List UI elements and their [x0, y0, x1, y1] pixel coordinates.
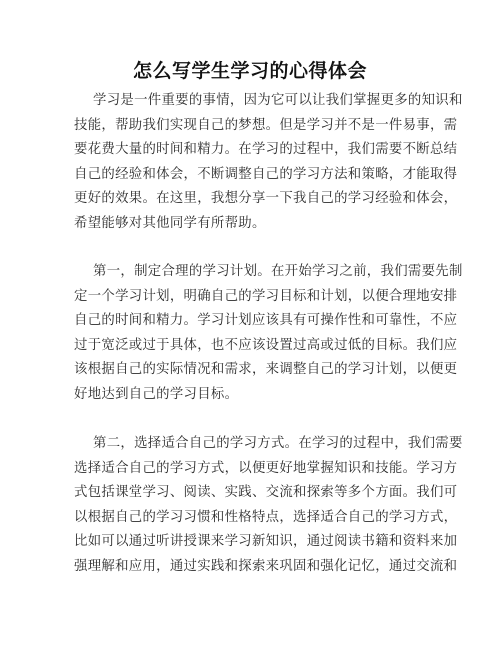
paragraph-line: 要花费大量的时间和精力。在学习的过程中，我们需要不断总结	[74, 138, 418, 163]
paragraph-line: 好地达到自己的学习目标。	[74, 383, 418, 408]
paragraph-line: 自己的时间和精力。学习计划应该具有可操作性和可靠性，不应	[74, 309, 418, 334]
paragraph-line: 式包括课堂学习、阅读、实践、交流和探索等多个方面。我们可	[74, 481, 418, 506]
paragraph-line: 该根据自己的实际情况和需求，来调整自己的学习计划，以便更	[74, 358, 418, 383]
document-page: 怎么写学生学习的心得体会 学习是一件重要的事情，因为它可以让我们掌握更多的知识和…	[0, 0, 500, 647]
paragraph-line: 强理解和应用，通过实践和探索来巩固和强化记忆，通过交流和	[74, 555, 418, 580]
paragraph-line: 以根据自己的学习习惯和性格特点，选择适合自己的学习方式，	[74, 506, 418, 531]
paragraph-line: 希望能够对其他同学有所帮助。	[74, 212, 418, 237]
paragraph-line: 比如可以通过听讲授课来学习新知识，通过阅读书籍和资料来加	[74, 530, 418, 555]
paragraph-line: 学习是一件重要的事情，因为它可以让我们掌握更多的知识和	[74, 89, 418, 114]
paragraph-line: 更好的效果。在这里，我想分享一下我自己的学习经验和体会，	[74, 187, 418, 212]
paragraph-line: 选择适合自己的学习方式，以便更好地掌握知识和技能。学习方	[74, 457, 418, 482]
paragraph-line: 定一个学习计划，明确自己的学习目标和计划，以便合理地安排	[74, 285, 418, 310]
paragraph-study-method: 第二，选择适合自己的学习方式。在学习的过程中，我们需要 选择适合自己的学习方式，…	[74, 432, 418, 579]
paragraph-line: 技能，帮助我们实现自己的梦想。但是学习并不是一件易事，需	[74, 114, 418, 139]
paragraph-intro: 学习是一件重要的事情，因为它可以让我们掌握更多的知识和 技能，帮助我们实现自己的…	[74, 89, 418, 236]
paragraph-line: 过于宽泛或过于具体，也不应该设置过高或过低的目标。我们应	[74, 334, 418, 359]
paragraph-line: 第一，制定合理的学习计划。在开始学习之前，我们需要先制	[74, 260, 418, 285]
paragraph-study-plan: 第一，制定合理的学习计划。在开始学习之前，我们需要先制 定一个学习计划，明确自己…	[74, 260, 418, 407]
paragraph-line: 第二，选择适合自己的学习方式。在学习的过程中，我们需要	[74, 432, 418, 457]
paragraph-line: 自己的经验和体会，不断调整自己的学习方法和策略，才能取得	[74, 163, 418, 188]
document-title: 怎么写学生学习的心得体会	[0, 58, 500, 84]
